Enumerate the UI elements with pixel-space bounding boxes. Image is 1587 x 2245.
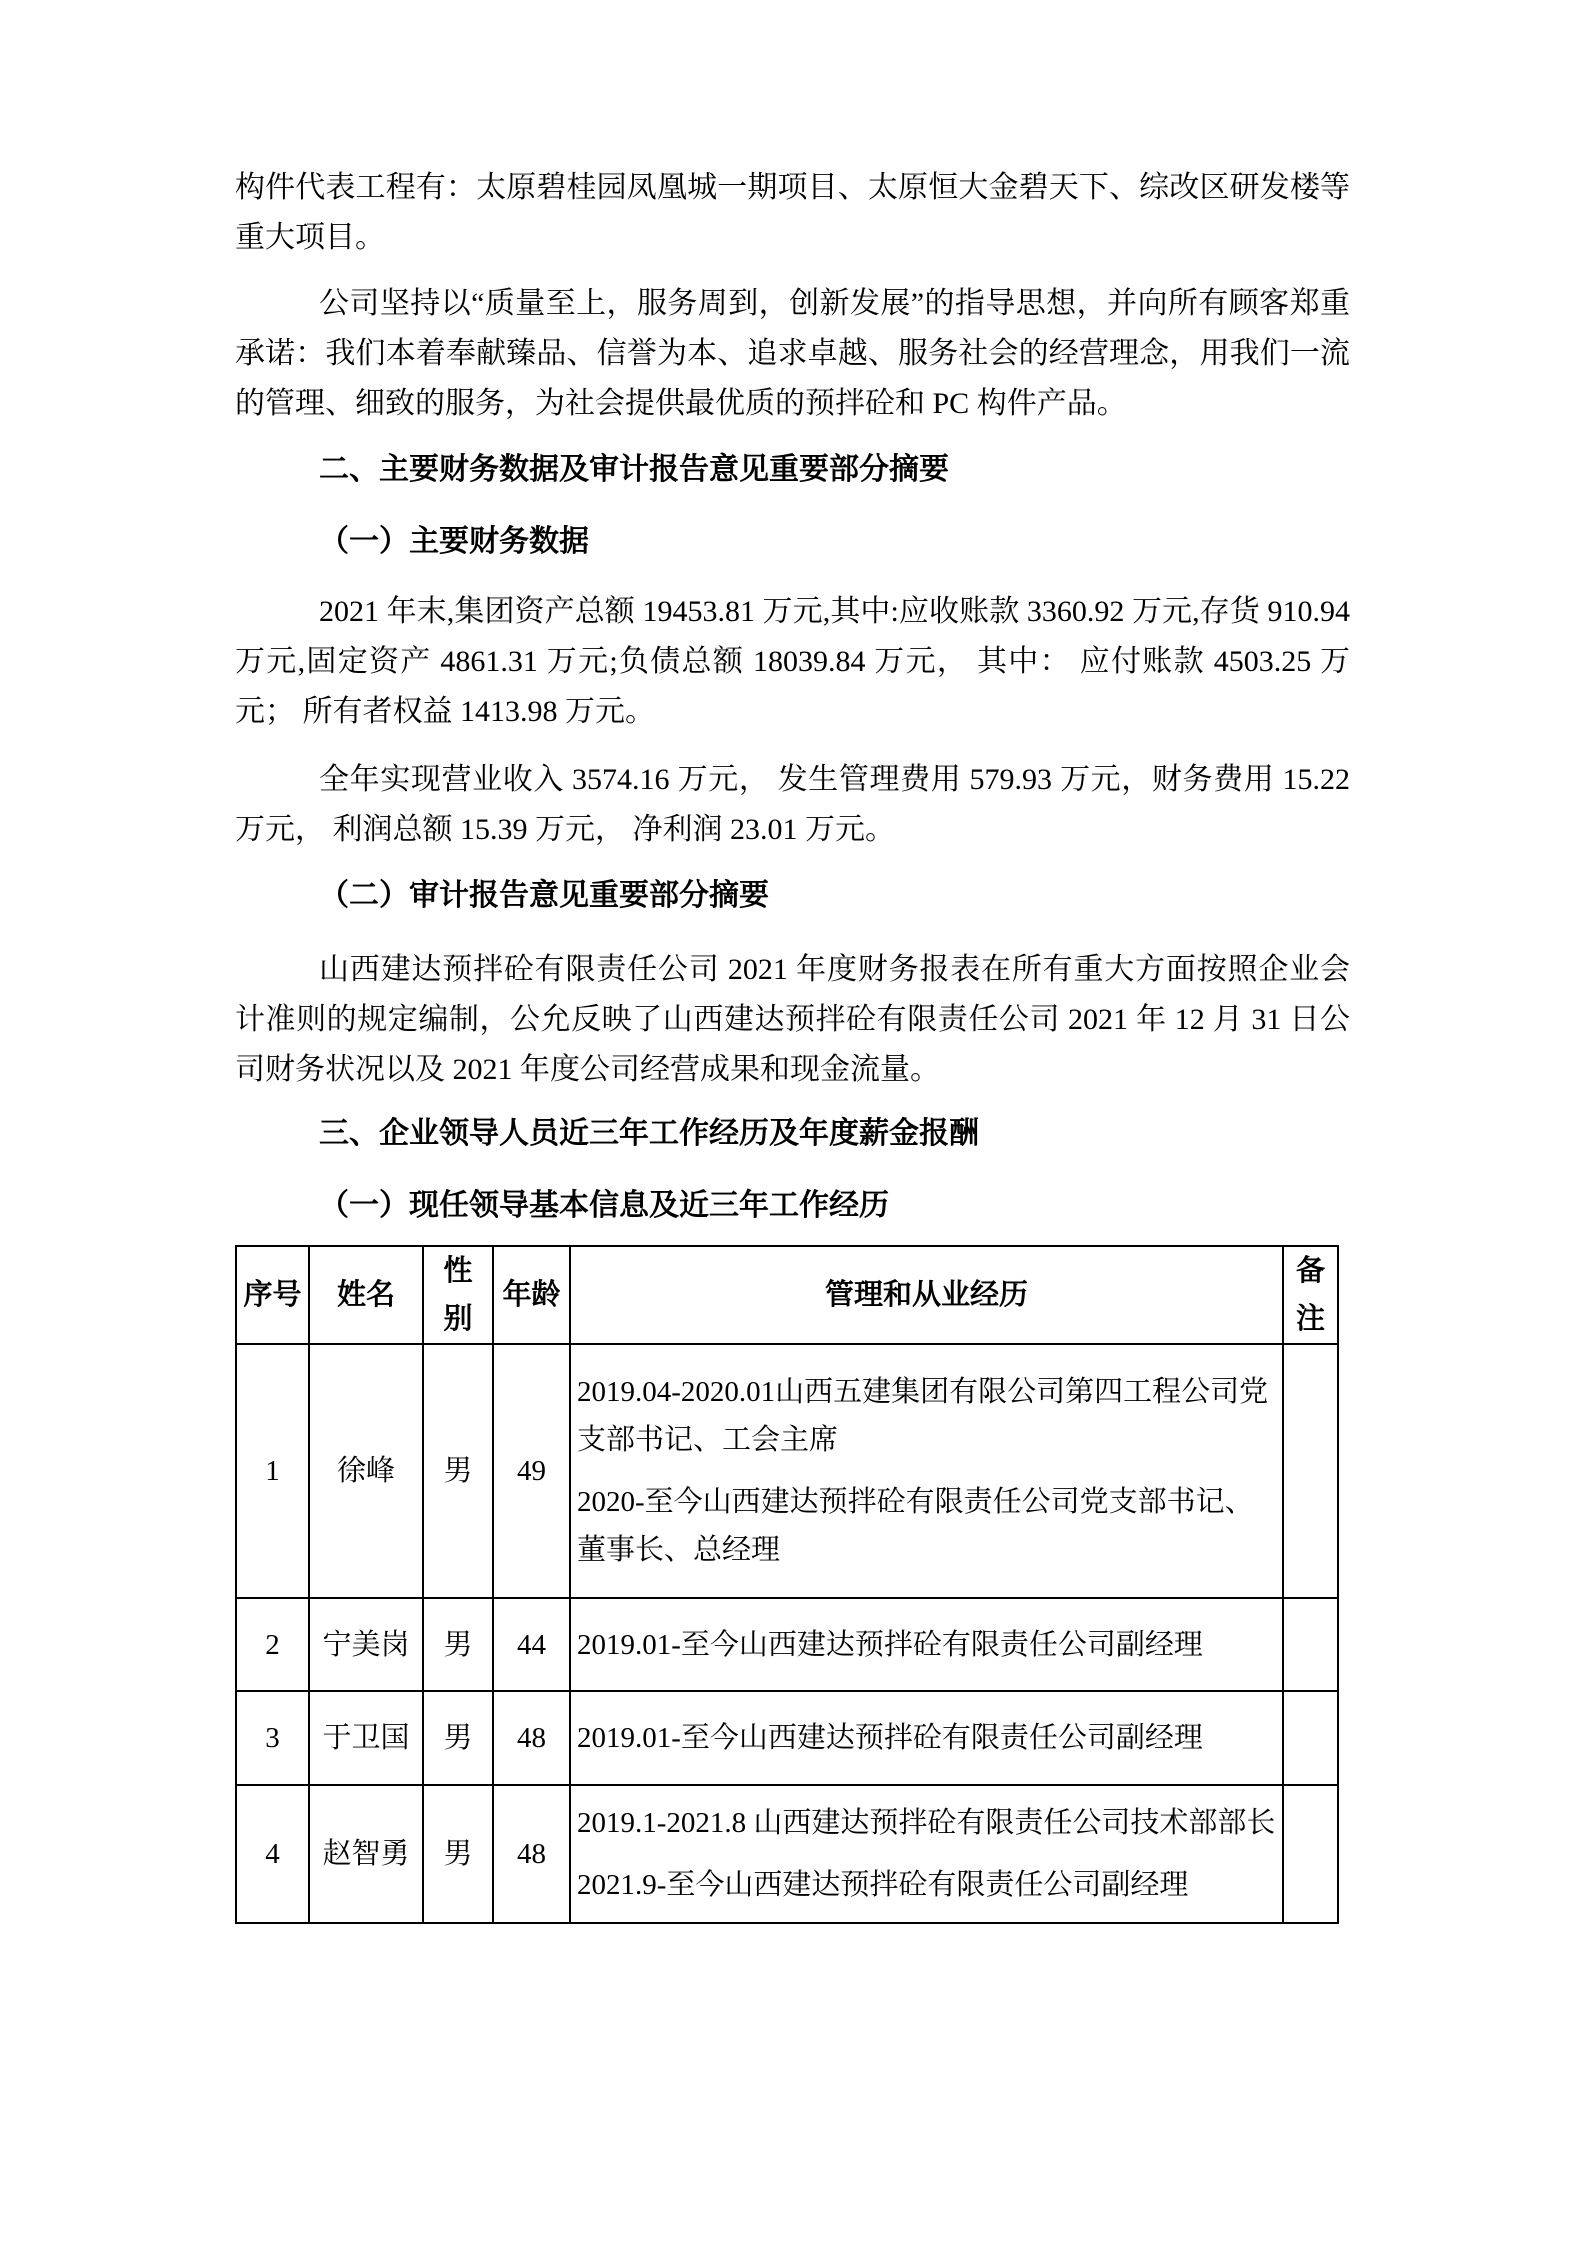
table-header-experience: 管理和从业经历 <box>570 1246 1283 1344</box>
cell-note <box>1283 1598 1338 1691</box>
table-header-age: 年龄 <box>493 1246 570 1344</box>
table-row: 3 于卫国 男 48 2019.01-至今山西建达预拌砼有限责任公司副经理 <box>236 1691 1338 1785</box>
paragraph-audit-opinion: 山西建达预拌砼有限责任公司 2021 年度财务报表在所有重大方面按照企业会计准则… <box>235 945 1350 1095</box>
cell-gender: 男 <box>423 1598 493 1691</box>
table-row: 4 赵智勇 男 48 2019.1-2021.8 山西建达预拌砼有限责任公司技术… <box>236 1785 1338 1923</box>
heading-main-financial-data: （一）主要财务数据 <box>235 517 1350 567</box>
heading-section-3: 三、企业领导人员近三年工作经历及年度薪金报酬 <box>235 1109 1350 1159</box>
cell-age: 48 <box>493 1691 570 1785</box>
experience-entry: 2019.01-至今山西建达预拌砼有限责任公司副经理 <box>577 1714 1276 1762</box>
experience-entry: 2019.1-2021.8 山西建达预拌砼有限责任公司技术部部长 <box>577 1799 1276 1847</box>
table-row: 1 徐峰 男 49 2019.04-2020.01山西五建集团有限公司第四工程公… <box>236 1344 1338 1598</box>
document-page: 构件代表工程有：太原碧桂园凤凰城一期项目、太原恒大金碧天下、综改区研发楼等重大项… <box>235 0 1350 1924</box>
leaders-table: 序号 姓名 性别 年龄 管理和从业经历 备注 1 徐峰 男 49 2019.04… <box>235 1245 1339 1924</box>
cell-experience: 2019.01-至今山西建达预拌砼有限责任公司副经理 <box>570 1598 1283 1691</box>
cell-gender: 男 <box>423 1691 493 1785</box>
cell-no: 4 <box>236 1785 309 1923</box>
paragraph-revenue-summary: 全年实现营业收入 3574.16 万元， 发生管理费用 579.93 万元，财务… <box>235 755 1350 855</box>
heading-current-leaders-info: （一）现任领导基本信息及近三年工作经历 <box>235 1181 1350 1231</box>
experience-entry: 2019.01-至今山西建达预拌砼有限责任公司副经理 <box>577 1621 1276 1669</box>
cell-age: 48 <box>493 1785 570 1923</box>
table-header-note: 备注 <box>1283 1246 1338 1344</box>
cell-no: 1 <box>236 1344 309 1598</box>
cell-age: 49 <box>493 1344 570 1598</box>
cell-name: 赵智勇 <box>309 1785 423 1923</box>
cell-experience: 2019.1-2021.8 山西建达预拌砼有限责任公司技术部部长 2021.9-… <box>570 1785 1283 1923</box>
paragraph-financial-summary: 2021 年末,集团资产总额 19453.81 万元,其中:应收账款 3360.… <box>235 587 1350 737</box>
cell-age: 44 <box>493 1598 570 1691</box>
experience-entry: 2019.04-2020.01山西五建集团有限公司第四工程公司党支部书记、工会主… <box>577 1368 1276 1464</box>
table-row: 2 宁美岗 男 44 2019.01-至今山西建达预拌砼有限责任公司副经理 <box>236 1598 1338 1691</box>
cell-name: 宁美岗 <box>309 1598 423 1691</box>
paragraph-commitment: 公司坚持以“质量至上，服务周到，创新发展”的指导思想，并向所有顾客郑重承诺：我们… <box>235 279 1350 429</box>
cell-note <box>1283 1691 1338 1785</box>
table-header-row: 序号 姓名 性别 年龄 管理和从业经历 备注 <box>236 1246 1338 1344</box>
table-header-no: 序号 <box>236 1246 309 1344</box>
cell-note <box>1283 1344 1338 1598</box>
cell-experience: 2019.01-至今山西建达预拌砼有限责任公司副经理 <box>570 1691 1283 1785</box>
cell-name: 于卫国 <box>309 1691 423 1785</box>
cell-gender: 男 <box>423 1785 493 1923</box>
cell-experience: 2019.04-2020.01山西五建集团有限公司第四工程公司党支部书记、工会主… <box>570 1344 1283 1598</box>
table-header-name: 姓名 <box>309 1246 423 1344</box>
experience-entry: 2020-至今山西建达预拌砼有限责任公司党支部书记、董事长、总经理 <box>577 1478 1276 1574</box>
table-header-gender: 性别 <box>423 1246 493 1344</box>
cell-gender: 男 <box>423 1344 493 1598</box>
heading-section-2: 二、主要财务数据及审计报告意见重要部分摘要 <box>235 445 1350 495</box>
cell-no: 3 <box>236 1691 309 1785</box>
cell-note <box>1283 1785 1338 1923</box>
experience-entry: 2021.9-至今山西建达预拌砼有限责任公司副经理 <box>577 1861 1276 1909</box>
paragraph-projects: 构件代表工程有：太原碧桂园凤凰城一期项目、太原恒大金碧天下、综改区研发楼等重大项… <box>235 163 1350 263</box>
cell-no: 2 <box>236 1598 309 1691</box>
heading-audit-opinion-summary: （二）审计报告意见重要部分摘要 <box>235 871 1350 921</box>
cell-name: 徐峰 <box>309 1344 423 1598</box>
